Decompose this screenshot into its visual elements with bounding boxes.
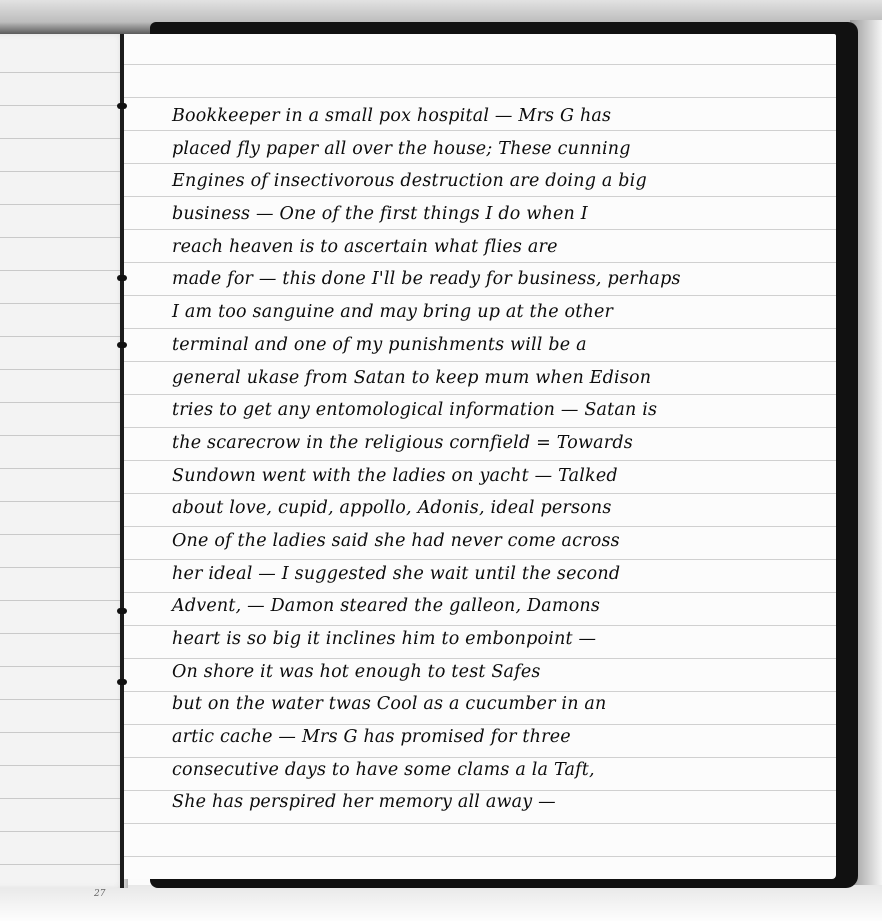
text-line: One of the ladies said she had never com… <box>172 525 822 558</box>
page-number: 27 <box>94 889 105 899</box>
text-line: She has perspired her memory all away — <box>172 786 822 819</box>
text-line: about love, cupid, appollo, Adonis, idea… <box>172 492 822 525</box>
binding-stitch <box>117 608 127 614</box>
text-line: Engines of insectivorous destruction are… <box>172 165 822 198</box>
text-line: Advent, — Damon steared the galleon, Dam… <box>172 590 822 623</box>
text-line: Bookkeeper in a small pox hospital — Mrs… <box>172 100 822 133</box>
text-line: business — One of the first things I do … <box>172 198 822 231</box>
text-line: reach heaven is to ascertain what flies … <box>172 231 822 264</box>
left-page: 27 <box>0 34 128 888</box>
text-line: On shore it was hot enough to test Safes <box>172 656 822 689</box>
text-line: tries to get any entomological informati… <box>172 394 822 427</box>
right-page: Bookkeeper in a small pox hospital — Mrs… <box>124 34 836 879</box>
text-line: Sundown went with the ladies on yacht — … <box>172 460 822 493</box>
binding-gutter <box>120 34 124 888</box>
binding-stitch <box>117 342 127 348</box>
text-line: heart is so big it inclines him to embon… <box>172 623 822 656</box>
text-line: terminal and one of my punishments will … <box>172 329 822 362</box>
text-line: artic cache — Mrs G has promised for thr… <box>172 721 822 754</box>
text-line: I am too sanguine and may bring up at th… <box>172 296 822 329</box>
text-line: placed fly paper all over the house; The… <box>172 133 822 166</box>
handwritten-text: Bookkeeper in a small pox hospital — Mrs… <box>172 100 822 819</box>
text-line: her ideal — I suggested she wait until t… <box>172 558 822 591</box>
binding-stitch <box>117 275 127 281</box>
scan-bottom-shade <box>0 885 882 921</box>
text-line: made for — this done I'll be ready for b… <box>172 263 822 296</box>
text-line: consecutive days to have some clams a la… <box>172 754 822 787</box>
text-line: general ukase from Satan to keep mum whe… <box>172 362 822 395</box>
binding-stitch <box>117 103 127 109</box>
text-line: the scarecrow in the religious cornfield… <box>172 427 822 460</box>
text-line: but on the water twas Cool as a cucumber… <box>172 688 822 721</box>
binding-stitch <box>117 679 127 685</box>
